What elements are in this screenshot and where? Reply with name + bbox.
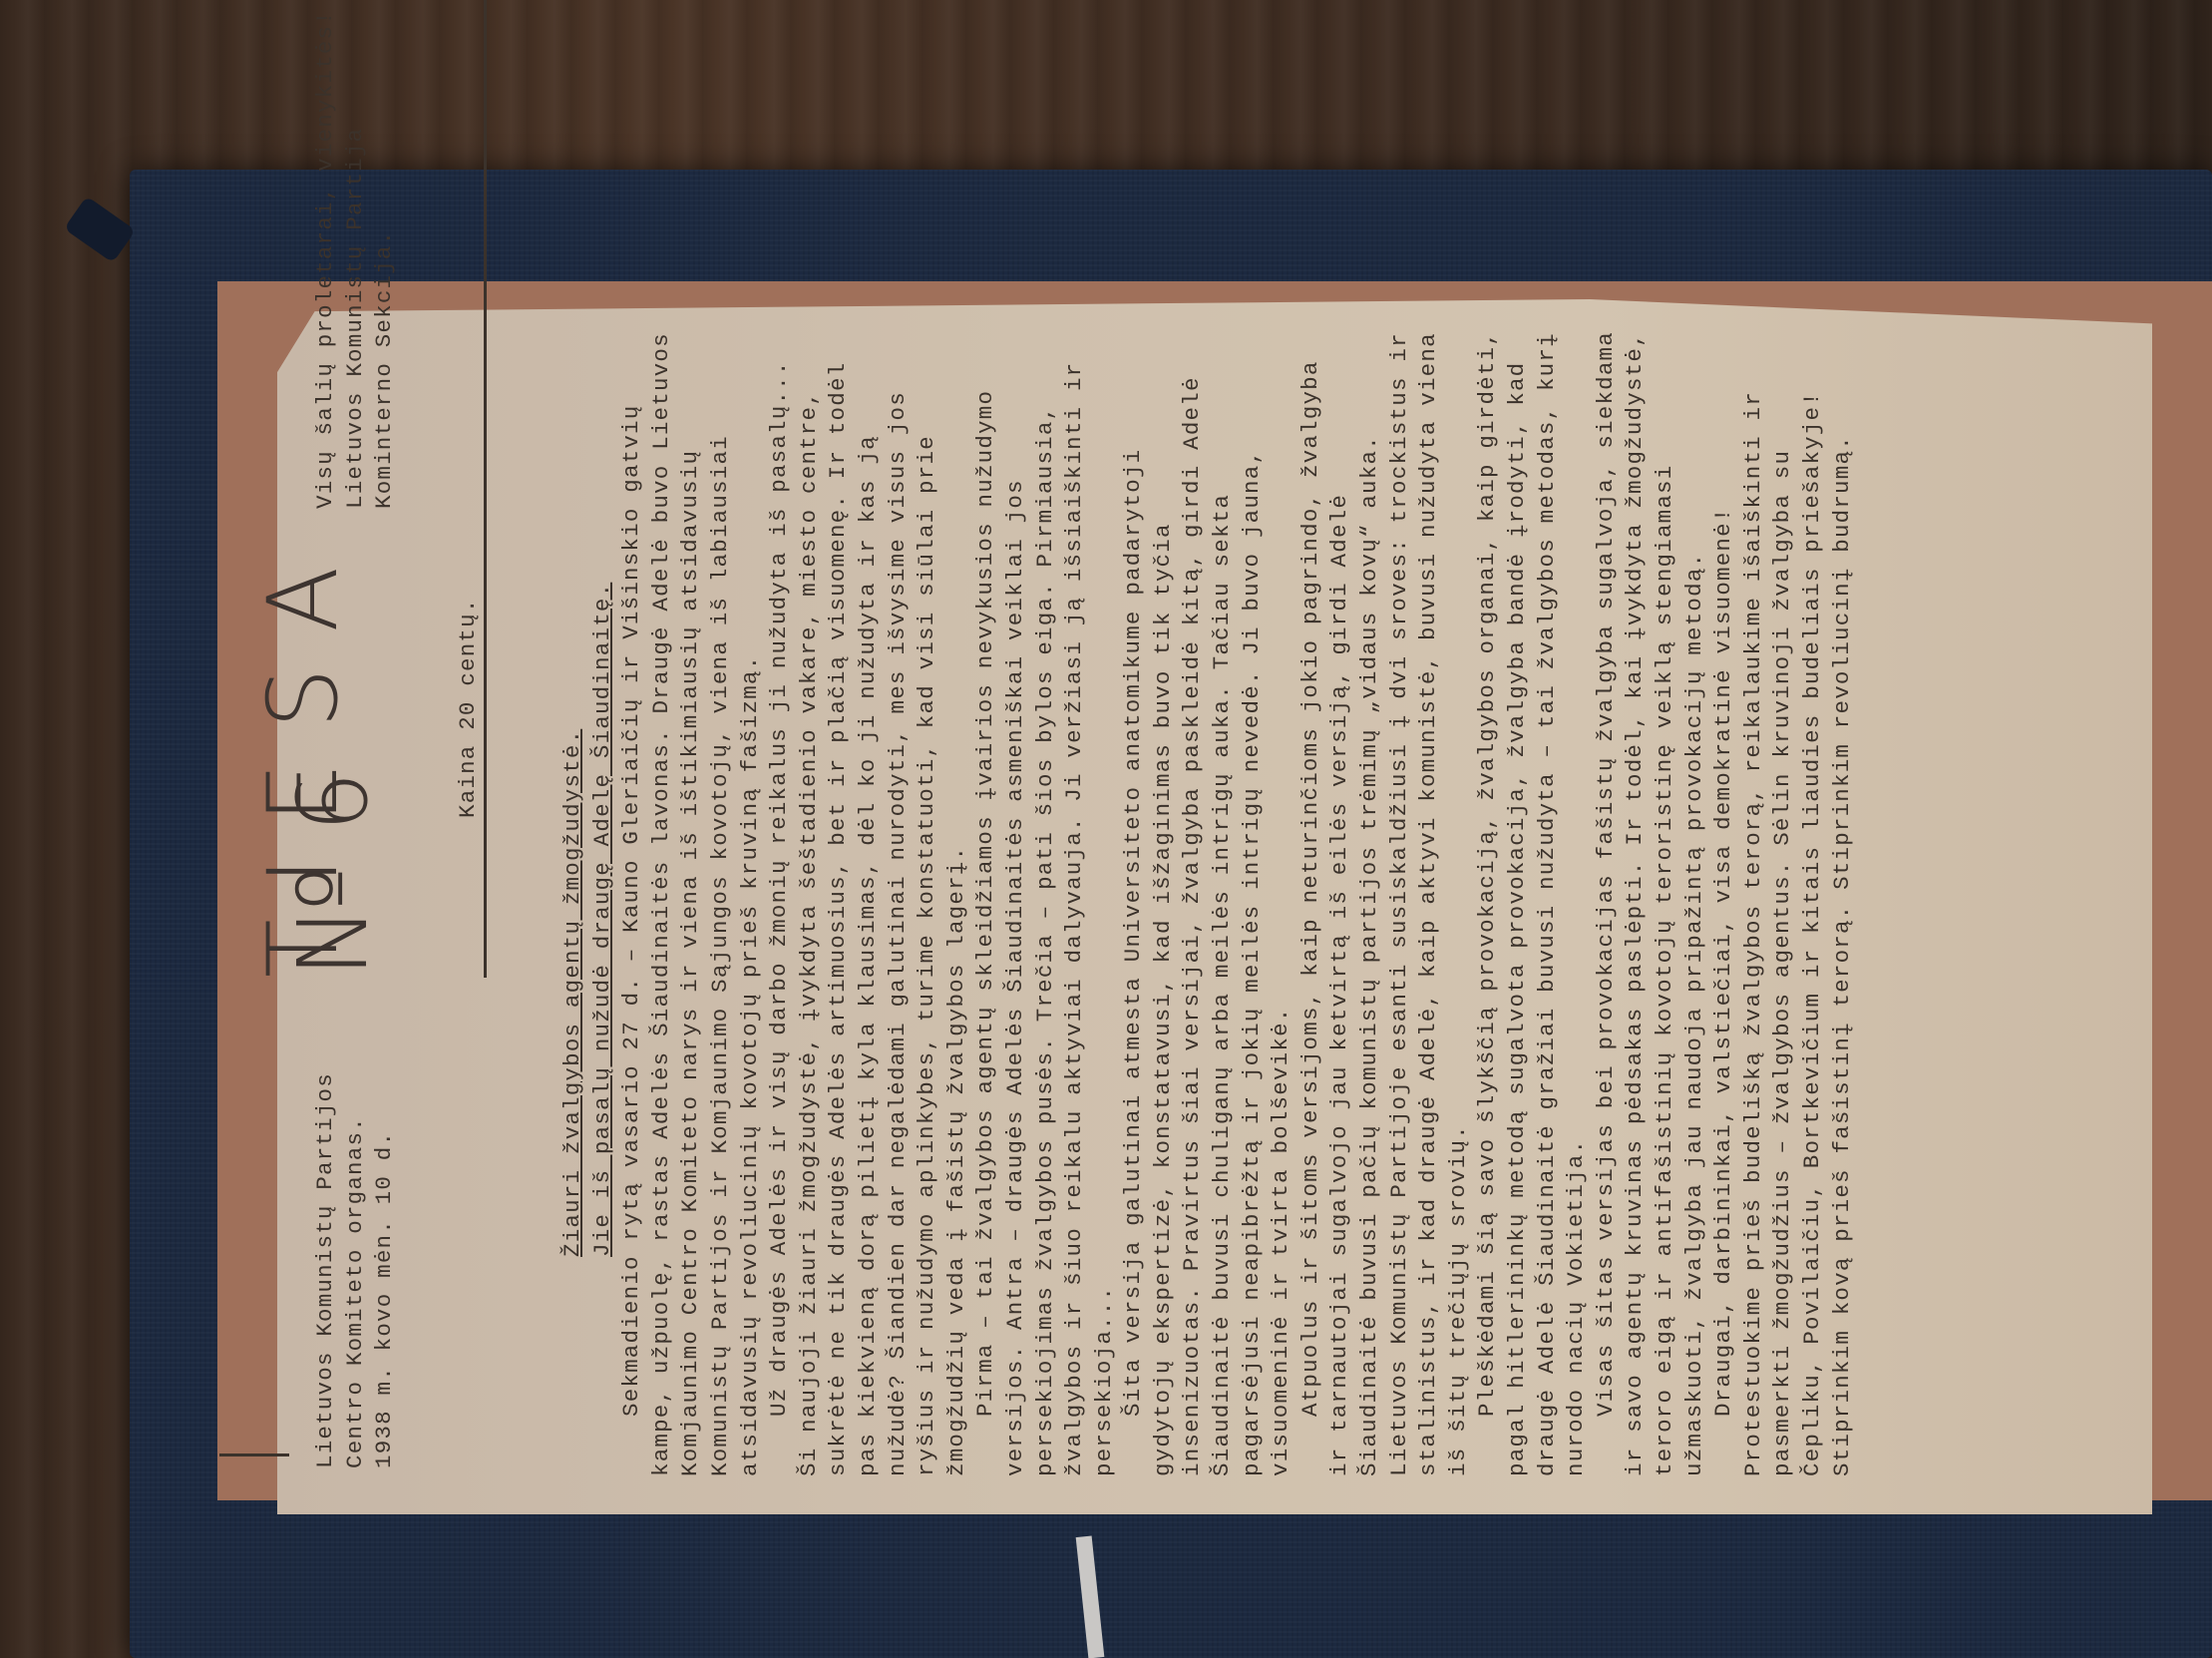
headline-line: Žiauri žvalgybos agentų žmogžudystė. (558, 299, 588, 1257)
masthead-left: Lietuvos Komunistų Partijos Centro Komit… (311, 950, 400, 1468)
publisher-line: Lietuvos Komunistų Partijos (311, 950, 341, 1468)
section-line: Kominterno Sekcija. (370, 0, 400, 509)
headline: Žiauri žvalgybos agentų žmogžudystė. Jie… (558, 299, 617, 1496)
paragraph: Už draugės Adelės ir visų darbo žmonių r… (765, 319, 971, 1476)
masthead-right: Visų šalių proletarai, vienykitės! Lietu… (311, 0, 400, 509)
date-line: 1938 m. kovo mėn. 10 d. (370, 950, 400, 1468)
paragraph: Pirma – tai žvalgybos agentų skleidžiamo… (971, 319, 1119, 1476)
masthead-rule (484, 0, 487, 978)
margin-mark (219, 1453, 289, 1456)
article-body: Sekmadienio rytą vasario 27 d. – Kauno G… (617, 299, 1857, 1496)
paragraph: Sekmadienio rytą vasario 27 d. – Kauno G… (617, 319, 765, 1476)
paragraph: Šita versija galutinai atmesta Universit… (1119, 319, 1296, 1476)
party-line: Lietuvos Komunistų Partija (341, 0, 371, 509)
paragraph: Atpuolus ir šitoms versijoms, kaip netur… (1296, 319, 1474, 1476)
paragraph: Visas šitas versijas bei provokacijas fa… (1592, 319, 1709, 1476)
rotated-document-text: Lietuvos Komunistų Partijos Centro Komit… (299, 299, 2114, 1496)
paragraph: Pleškėdami šią savo šlykščią provokaciją… (1473, 319, 1591, 1476)
organ-line: Centro Komiteto organas. (341, 950, 371, 1468)
price: Kaina 20 centų. (454, 598, 484, 818)
slogan-line: Visų šalių proletarai, vienykitės! (311, 0, 341, 509)
masthead: Lietuvos Komunistų Partijos Centro Komit… (299, 299, 558, 1496)
headline-line: Jie iš pasalų nužudė draugę Adelę Šiaudi… (588, 299, 618, 1257)
paragraph: Draugai, darbininkai, valstiečiai, visa … (1709, 319, 1857, 1476)
